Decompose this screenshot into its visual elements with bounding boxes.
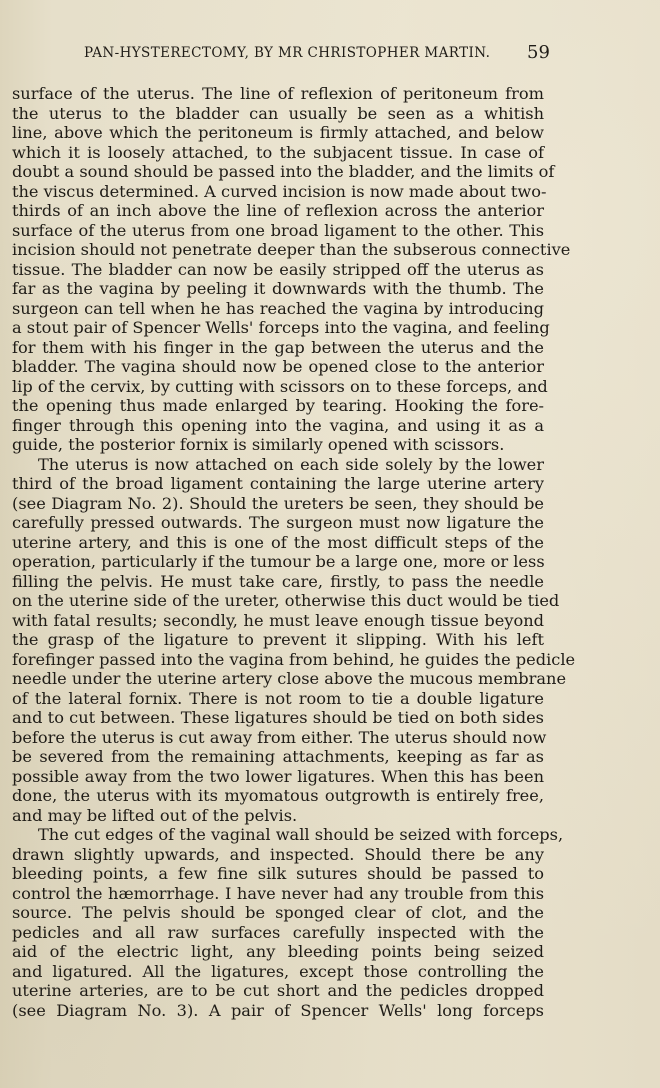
text-line: a stout pair of Spencer Wells' forceps i… [12, 318, 544, 338]
text-line: guide, the posterior fornix is similarly… [12, 435, 544, 455]
body-text: surface of the uterus. The line of refle… [12, 84, 544, 1020]
text-line: drawn slightly upwards, and inspected. S… [12, 845, 544, 865]
page-number: 59 [527, 42, 550, 63]
text-line: bladder. The vagina should now be opened… [12, 357, 544, 377]
text-line: for them with his finger in the gap betw… [12, 338, 544, 358]
text-line: tissue. The bladder can now be easily st… [12, 260, 544, 280]
text-line: finger through this opening into the vag… [12, 416, 544, 436]
text-line: and may be lifted out of the pelvis. [12, 806, 544, 826]
text-line: forefinger passed into the vagina from b… [12, 650, 544, 670]
text-line: of the lateral fornix. There is not room… [12, 689, 544, 709]
text-line: before the uterus is cut away from eithe… [12, 728, 544, 748]
text-line: The uterus is now attached on each side … [12, 455, 544, 475]
text-line: line, above which the peritoneum is firm… [12, 123, 544, 143]
running-header-title: PAN-HYSTERECTOMY, BY MR CHRISTOPHER MART… [84, 45, 544, 61]
paragraph-1: surface of the uterus. The line of refle… [12, 84, 544, 455]
text-line: which it is loosely attached, to the sub… [12, 143, 544, 163]
text-line: bleeding points, a few fine silk sutures… [12, 864, 544, 884]
text-line: far as the vagina by peeling it downward… [12, 279, 544, 299]
text-line: filling the pelvis. He must take care, f… [12, 572, 544, 592]
text-line: surface of the uterus. The line of refle… [12, 84, 544, 104]
text-line: the opening thus made enlarged by tearin… [12, 396, 544, 416]
text-line: with fatal results; secondly, he must le… [12, 611, 544, 631]
text-line: be severed from the remaining attachment… [12, 747, 544, 767]
text-line: (see Diagram No. 2). Should the ureters … [12, 494, 544, 514]
text-line: the viscus determined. A curved incision… [12, 182, 544, 202]
text-line: (see Diagram No. 3). A pair of Spencer W… [12, 1001, 544, 1021]
text-line: thirds of an inch above the line of refl… [12, 201, 544, 221]
text-line: and to cut between. These ligatures shou… [12, 708, 544, 728]
text-line: uterine artery, and this is one of the m… [12, 533, 544, 553]
text-line: source. The pelvis should be sponged cle… [12, 903, 544, 923]
text-line: done, the uterus with its myomatous outg… [12, 786, 544, 806]
text-line: possible away from the two lower ligatur… [12, 767, 544, 787]
text-line: control the hæmorrhage. I have never had… [12, 884, 544, 904]
paragraph-3: The cut edges of the vaginal wall should… [12, 825, 544, 1020]
paragraph-2: The uterus is now attached on each side … [12, 455, 544, 826]
text-line: aid of the electric light, any bleeding … [12, 942, 544, 962]
text-line: needle under the uterine artery close ab… [12, 669, 544, 689]
text-line: surface of the uterus from one broad lig… [12, 221, 544, 241]
text-line: uterine arteries, are to be cut short an… [12, 981, 544, 1001]
text-line: lip of the cervix, by cutting with sciss… [12, 377, 544, 397]
text-line: and ligatured. All the ligatures, except… [12, 962, 544, 982]
text-line: pedicles and all raw surfaces carefully … [12, 923, 544, 943]
text-line: doubt a sound should be passed into the … [12, 162, 544, 182]
text-line: surgeon can tell when he has reached the… [12, 299, 544, 319]
text-line: carefully pressed outwards. The surgeon … [12, 513, 544, 533]
text-line: operation, particularly if the tumour be… [12, 552, 544, 572]
text-line: the uterus to the bladder can usually be… [12, 104, 544, 124]
text-line: third of the broad ligament containing t… [12, 474, 544, 494]
text-line: the grasp of the ligature to prevent it … [12, 630, 544, 650]
text-line: The cut edges of the vaginal wall should… [12, 825, 544, 845]
text-line: on the uterine side of the ureter, other… [12, 591, 544, 611]
book-page: PAN-HYSTERECTOMY, BY MR CHRISTOPHER MART… [0, 0, 660, 1088]
text-line: incision should not penetrate deeper tha… [12, 240, 544, 260]
